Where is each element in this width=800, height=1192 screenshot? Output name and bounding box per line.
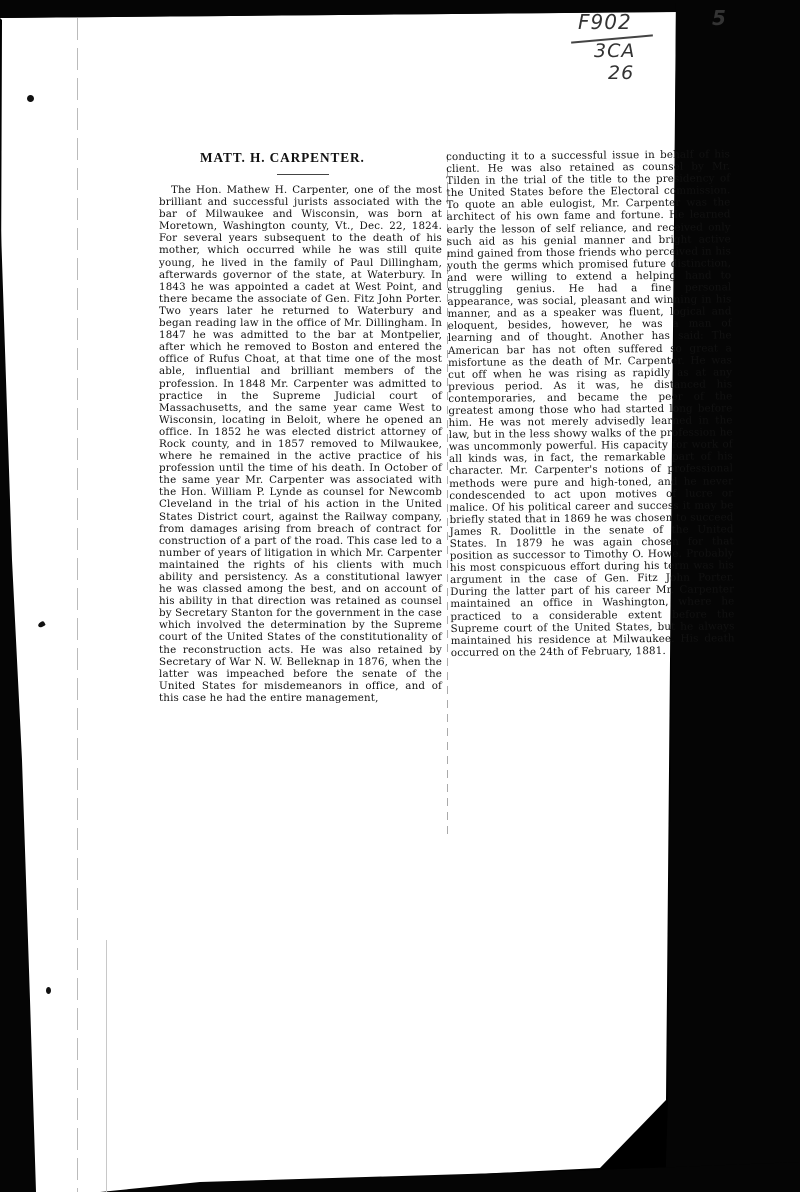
- handwritten-catalog-sub-2: 26: [608, 62, 634, 84]
- punch-hole-mark: [46, 987, 51, 994]
- handwritten-catalog-sub-1: 3CA: [594, 40, 635, 62]
- fold-line-lower: [106, 940, 107, 1192]
- title-rule: [277, 174, 329, 175]
- handwritten-catalog-number: F902: [578, 10, 632, 34]
- punch-hole-mark: [27, 95, 34, 102]
- article-column-left: The Hon. Mathew H. Carpenter, one of the…: [159, 184, 442, 704]
- fold-line: [77, 18, 78, 1192]
- article-column-right: conducting it to a successful issue in b…: [446, 148, 735, 659]
- handwritten-page-number: 5: [712, 6, 727, 30]
- article-title: MATT. H. CARPENTER.: [200, 150, 400, 166]
